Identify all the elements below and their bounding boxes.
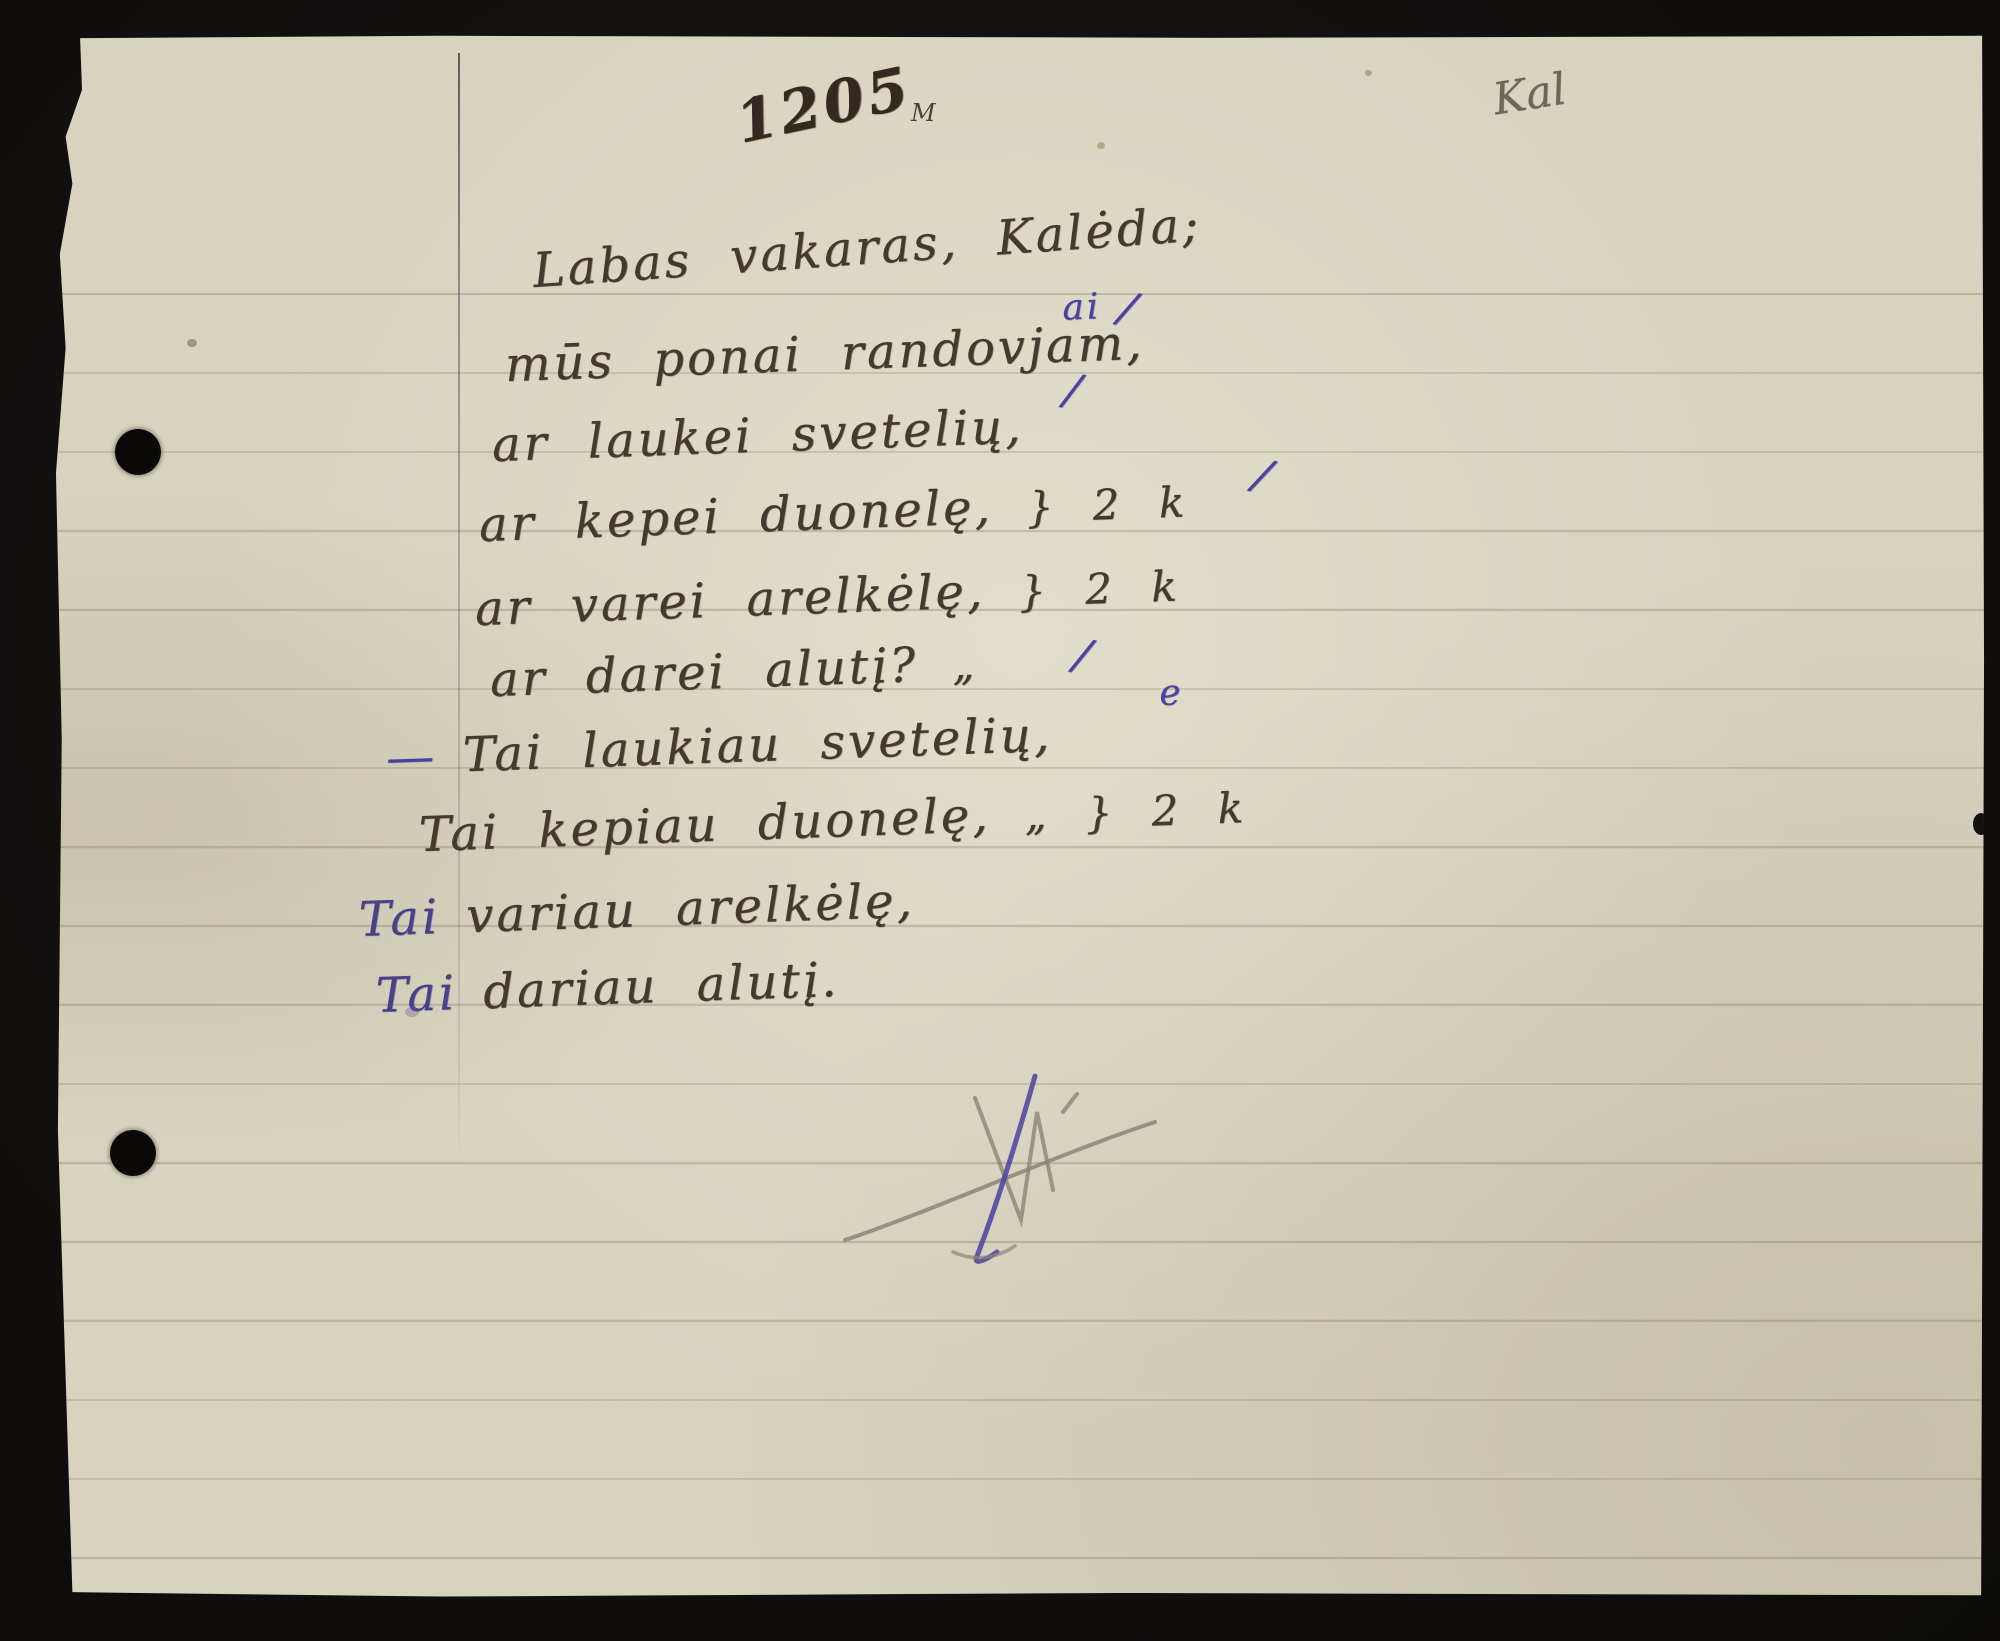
hole-punch-bottom	[110, 1130, 156, 1176]
line-prefix: —	[385, 728, 438, 786]
repeat-mark	[1233, 199, 1236, 248]
paper-stain	[1365, 70, 1372, 76]
hole-punch-top	[115, 429, 161, 475]
signature-scribble	[825, 1070, 1185, 1270]
inserted-letters: ai	[1062, 286, 1102, 328]
repeat-mark: } 2 k	[1026, 477, 1188, 532]
small-top-mark: M	[911, 99, 936, 127]
paper-stain	[187, 339, 197, 347]
edge-nick	[1973, 813, 1989, 835]
line-text: Labas vakaras, Kalėda;	[531, 196, 1203, 299]
line-prefix: Tai	[358, 889, 441, 948]
repeat-mark: „ } 2 k	[1024, 783, 1247, 840]
page-number: 1205	[730, 53, 918, 156]
manuscript-paper: 1205 M Kal Labas vakaras, Kalėda; mūs po…	[55, 35, 1985, 1600]
inserted-letters: e	[1158, 672, 1184, 714]
paper-stain	[1097, 142, 1105, 149]
corner-annotation: Kal	[1489, 64, 1569, 126]
repeat-mark: } 2 k	[1018, 561, 1180, 616]
paper-stain	[405, 1007, 419, 1017]
scan-background: 1205 M Kal Labas vakaras, Kalėda; mūs po…	[0, 0, 2000, 1641]
repeat-mark: „	[951, 640, 977, 690]
